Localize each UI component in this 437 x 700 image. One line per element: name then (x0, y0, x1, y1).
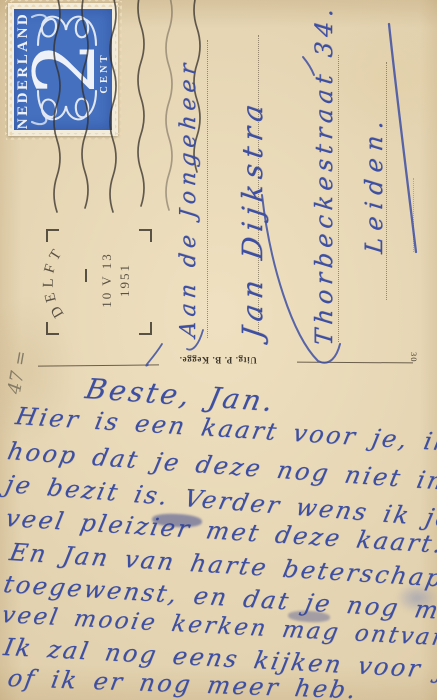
address-guide-line (413, 178, 414, 252)
address-line-street: Thorbeckestraat 34. (310, 19, 338, 347)
stamp-perforation (115, 1, 122, 138)
stamp-perforation (6, 0, 120, 7)
address-guide-line (338, 55, 339, 342)
pencil-note: 47 = (4, 333, 35, 396)
address-line-recipient: Aan de Jongeheer (176, 76, 201, 339)
address-line-city: Leiden. (360, 112, 388, 255)
svg-text:DELFT: DELFT (41, 243, 68, 320)
divider-line-left (38, 364, 159, 366)
divider-line-right (297, 362, 413, 364)
postmark-date: 10 V 13 (99, 252, 114, 307)
postage-stamp: NEDERLAND 2 CENT (8, 3, 118, 136)
print-number: 30 (409, 352, 419, 363)
stamp-perforation (5, 1, 12, 138)
stamp-unit-label: CENT (99, 46, 110, 100)
postmark-city: DELFT (41, 243, 68, 320)
stamp-perforation (6, 133, 120, 140)
publisher-imprint: Uitg. P. B. Kegge. (152, 355, 284, 365)
postcard-back: Uitg. P. B. Kegge. 30 47 = NEDERLAND 2 C… (0, 0, 437, 700)
postmark-year: 1951 (117, 263, 132, 297)
address-guide-line (207, 40, 208, 338)
stamp-value-numeral: 2 (20, 23, 110, 113)
address-line-name: Jan Dijkstra (236, 76, 269, 341)
